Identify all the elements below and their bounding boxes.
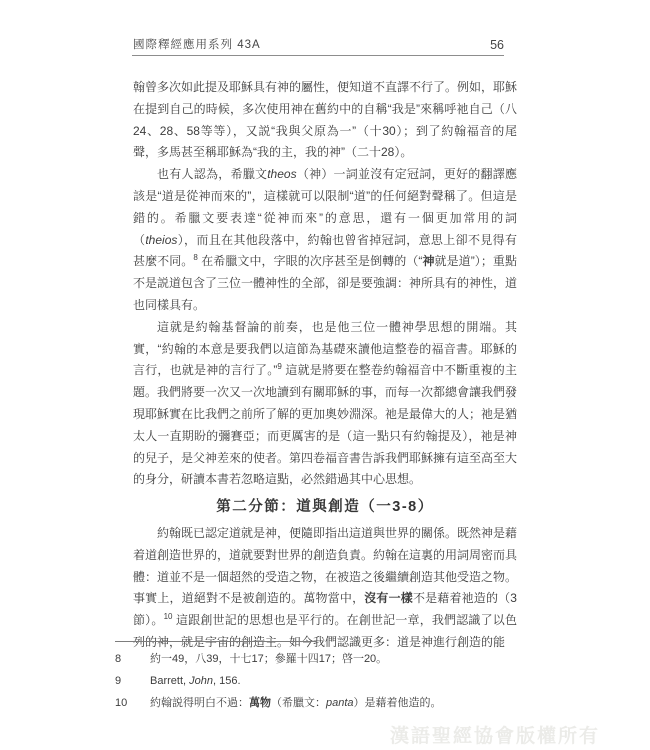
emphasis-text: 萬物 bbox=[249, 697, 271, 709]
paragraph: 也有人認為，希臘文theos（神）一詞並沒有定冠詞，更好的翻譯應該是“道是從神而… bbox=[133, 164, 517, 317]
footnotes: 8約一49，八39，十七17；參羅十四17；啓一20。9Barrett, Joh… bbox=[115, 648, 527, 714]
footnote: 9Barrett, John, 156. bbox=[115, 670, 527, 692]
footnote-ref: 9 bbox=[277, 362, 281, 371]
paragraph: 這就是約翰基督論的前奏，也是他三位一體神學思想的開端。其實，“約翰的本意是要我們… bbox=[133, 317, 517, 491]
emphasis-text: theios bbox=[145, 233, 177, 247]
emphasis-text: panta bbox=[326, 697, 354, 709]
emphasis-text: 沒有一樣 bbox=[364, 591, 413, 605]
footnote-ref: 8 bbox=[193, 253, 197, 262]
series-title: 國際釋經應用系列 43A bbox=[133, 36, 261, 52]
footnote-number: 9 bbox=[115, 670, 150, 692]
body-text: 翰曾多次如此提及耶穌具有神的屬性，便知道不直譯不行了。例如，耶穌在提到自己的時候… bbox=[133, 77, 517, 654]
footnote-text: 約翰説得明白不過：萬物（希臘文：panta）是藉着他造的。 bbox=[150, 692, 527, 714]
section-heading: 第二分節：道與創造（一3-8） bbox=[133, 497, 517, 519]
emphasis-text: theos bbox=[267, 167, 296, 181]
footnote-number: 10 bbox=[115, 692, 150, 714]
footnote-text: Barrett, John, 156. bbox=[150, 670, 527, 692]
footnote-text: 約一49，八39，十七17；參羅十四17；啓一20。 bbox=[150, 648, 527, 670]
footnote: 10約翰説得明白不過：萬物（希臘文：panta）是藉着他造的。 bbox=[115, 692, 527, 714]
emphasis-text: John bbox=[189, 675, 213, 687]
header-rule bbox=[132, 55, 504, 56]
footnote-separator bbox=[115, 641, 317, 642]
footnote-number: 8 bbox=[115, 648, 150, 670]
footnote-ref: 10 bbox=[164, 612, 173, 621]
copyright-watermark: 漢語聖經協會版權所有 bbox=[390, 721, 600, 748]
paragraph: 約翰既已認定道就是神，便隨即指出這道與世界的關係。既然神是藉着道創造世界的，道就… bbox=[133, 523, 517, 654]
footnote: 8約一49，八39，十七17；參羅十四17；啓一20。 bbox=[115, 648, 527, 670]
paragraph: 翰曾多次如此提及耶穌具有神的屬性，便知道不直譯不行了。例如，耶穌在提到自己的時候… bbox=[133, 77, 517, 164]
page-number: 56 bbox=[490, 38, 504, 52]
emphasis-text: 神 bbox=[422, 254, 434, 268]
page-header: 國際釋經應用系列 43A 56 bbox=[133, 36, 504, 52]
book-page: 國際釋經應用系列 43A 56 翰曾多次如此提及耶穌具有神的屬性，便知道不直譯不… bbox=[0, 0, 650, 750]
